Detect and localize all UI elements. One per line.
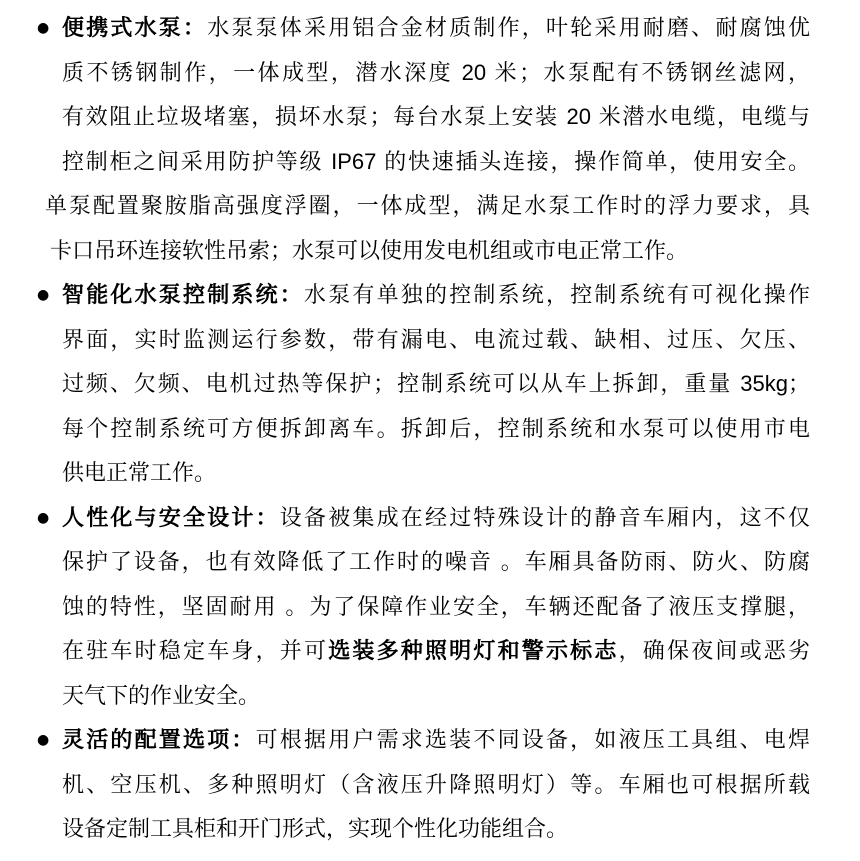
text-line: 单泵配置聚胺脂高强度浮圈，一体成型，满足水泵工作时的浮力要求，具: [45, 184, 810, 229]
section-title: 智能化水泵控制系统：: [62, 282, 304, 307]
text-line: 在驻车时稳定车身，并可选装多种照明灯和警示标志，确保夜间或恶劣: [62, 629, 810, 674]
bullet-icon: ●: [37, 496, 49, 541]
text-line: ●人性化与安全设计：设备被集成在经过特殊设计的静音车厢内，这不仅: [62, 496, 810, 541]
section-title: 灵活的配置选项：: [62, 727, 256, 752]
text-line: 过频、欠频、电机过热等保护；控制系统可以从车上拆卸，重量 35kg；: [62, 362, 810, 407]
text-run: 在驻车时稳定车身，并可: [62, 638, 328, 663]
text-run: 可根据用户需求选装不同设备，如液压工具组、电焊: [256, 727, 810, 752]
text-line: 卡口吊环连接软性吊索；水泵可以使用发电机组或市电正常工作。: [50, 229, 815, 274]
text-run: 水泵泵体采用铝合金材质制作，叶轮采用耐磨、耐腐蚀优: [207, 15, 810, 40]
text-line: ●灵活的配置选项：可根据用户需求选装不同设备，如液压工具组、电焊: [62, 718, 810, 763]
text-line: 设备定制工具柜和开门形式，实现个性化功能组合。: [62, 807, 810, 852]
text-line: 供电正常工作。: [62, 451, 810, 496]
bullet-section-control-system: ●智能化水泵控制系统：水泵有单独的控制系统，控制系统有可视化操作 界面，实时监测…: [0, 273, 860, 496]
bullet-section-safety-design: ●人性化与安全设计：设备被集成在经过特殊设计的静音车厢内，这不仅 保护了设备，也…: [0, 496, 860, 719]
text-line: 质不锈钢制作，一体成型，潜水深度 20 米；水泵配有不锈钢丝滤网，: [62, 51, 810, 96]
text-line: 有效阻止垃圾堵塞，损坏水泵；每台水泵上安装 20 米潜水电缆，电缆与: [62, 95, 810, 140]
text-line: 保护了设备，也有效降低了工作时的噪音 。车厢具备防雨、防火、防腐: [62, 540, 810, 585]
text-line: 界面，实时监测运行参数，带有漏电、电流过载、缺相、过压、欠压、: [62, 318, 810, 363]
bold-text-run: 选装多种照明灯和警示标志: [328, 638, 618, 663]
text-line: 每个控制系统可方便拆卸离车。拆卸后，控制系统和水泵可以使用市电: [62, 407, 810, 452]
bullet-section-portable-pump: ●便携式水泵：水泵泵体采用铝合金材质制作，叶轮采用耐磨、耐腐蚀优 质不锈钢制作，…: [0, 6, 860, 273]
text-line: ●便携式水泵：水泵泵体采用铝合金材质制作，叶轮采用耐磨、耐腐蚀优: [62, 6, 810, 51]
text-run: 设备被集成在经过特殊设计的静音车厢内，这不仅: [280, 505, 810, 530]
text-line: 天气下的作业安全。: [62, 674, 810, 719]
section-title: 便携式水泵：: [62, 15, 207, 40]
bullet-section-config-options: ●灵活的配置选项：可根据用户需求选装不同设备，如液压工具组、电焊 机、空压机、多…: [0, 718, 860, 852]
section-title: 人性化与安全设计：: [62, 505, 280, 530]
bullet-icon: ●: [37, 6, 49, 51]
text-line: 蚀的特性，坚固耐用 。为了保障作业安全，车辆还配备了液压支撑腿，: [62, 585, 810, 630]
bullet-icon: ●: [37, 273, 49, 318]
text-line: 机、空压机、多种照明灯（含液压升降照明灯）等。车厢也可根据所载: [62, 763, 810, 808]
text-run: 水泵有单独的控制系统，控制系统有可视化操作: [304, 282, 810, 307]
bullet-icon: ●: [37, 718, 49, 763]
document-page: ●便携式水泵：水泵泵体采用铝合金材质制作，叶轮采用耐磨、耐腐蚀优 质不锈钢制作，…: [0, 0, 860, 861]
text-run: ，确保夜间或恶劣: [619, 638, 810, 663]
text-line: ●智能化水泵控制系统：水泵有单独的控制系统，控制系统有可视化操作: [62, 273, 810, 318]
text-line: 控制柜之间采用防护等级 IP67 的快速插头连接，操作简单，使用安全。: [62, 140, 810, 185]
